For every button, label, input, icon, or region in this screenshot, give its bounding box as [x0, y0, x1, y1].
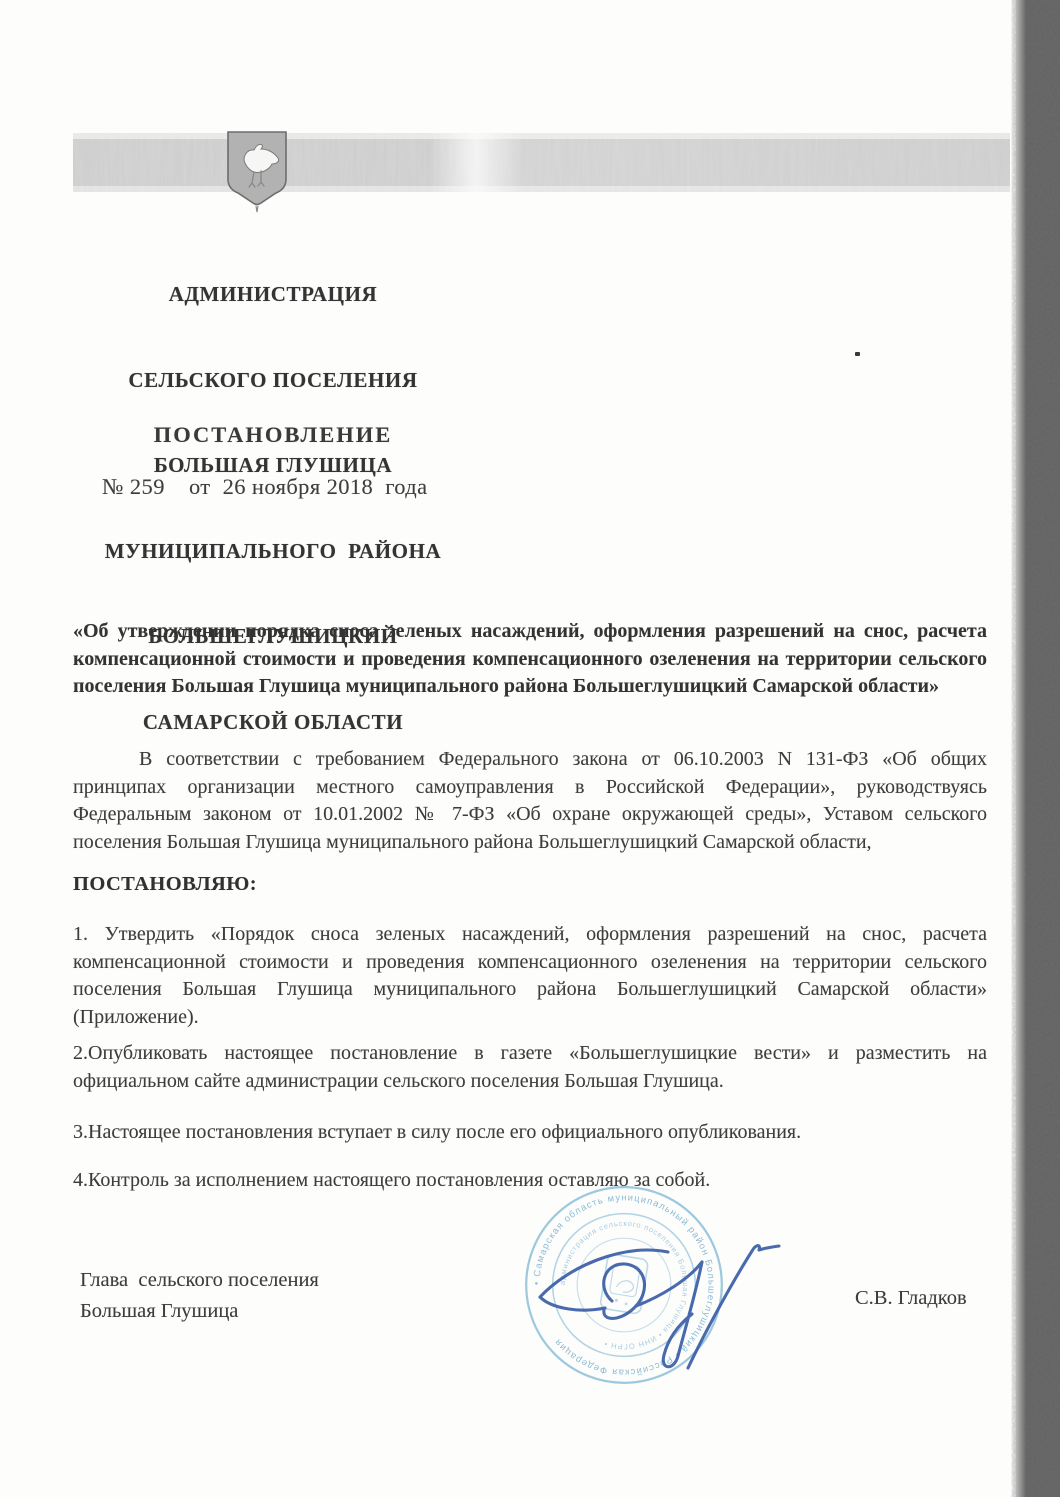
- scanned-document-page: АДМИНИСТРАЦИЯ СЕЛЬСКОГО ПОСЕЛЕНИЯ БОЛЬША…: [0, 0, 1060, 1497]
- org-header-line: МУНИЦИПАЛЬНОГО РАЙОНА: [68, 537, 478, 566]
- coat-of-arms-icon: [221, 129, 293, 215]
- document-number-date: № 259 от 26 ноября 2018 года: [102, 474, 428, 500]
- signatory-position: Глава сельского поселения Большая Глушиц…: [80, 1265, 319, 1326]
- resolve-word: ПОСТАНОВЛЯЮ:: [73, 871, 987, 899]
- scanner-band-artifact: [73, 133, 1010, 192]
- resolution-item: 2.Опубликовать настоящее постановление в…: [73, 1040, 987, 1095]
- preamble-paragraph: В соответствии с требованием Федеральног…: [73, 746, 987, 856]
- org-header-line: СЕЛЬСКОГО ПОСЕЛЕНИЯ: [68, 366, 478, 395]
- org-header-line: АДМИНИСТРАЦИЯ: [68, 280, 478, 309]
- document-title: «Об утверждении порядка сноса зеленых на…: [73, 618, 987, 701]
- handwritten-signature: [500, 1220, 820, 1390]
- resolution-item: 1. Утвердить «Порядок сноса зеленых наса…: [73, 921, 987, 1031]
- scan-speck-artifact: [855, 352, 860, 356]
- org-header: АДМИНИСТРАЦИЯ СЕЛЬСКОГО ПОСЕЛЕНИЯ БОЛЬША…: [68, 223, 478, 793]
- shield-tip-mark: [256, 206, 258, 212]
- document-type-heading: ПОСТАНОВЛЕНИЕ: [68, 422, 478, 448]
- org-header-line: САМАРСКОЙ ОБЛАСТИ: [68, 708, 478, 737]
- resolution-item: 3.Настоящее постановления вступает в сил…: [73, 1119, 987, 1147]
- signatory-name: С.В. Гладков: [855, 1287, 967, 1310]
- scanner-edge-artifact: [1008, 0, 1060, 1497]
